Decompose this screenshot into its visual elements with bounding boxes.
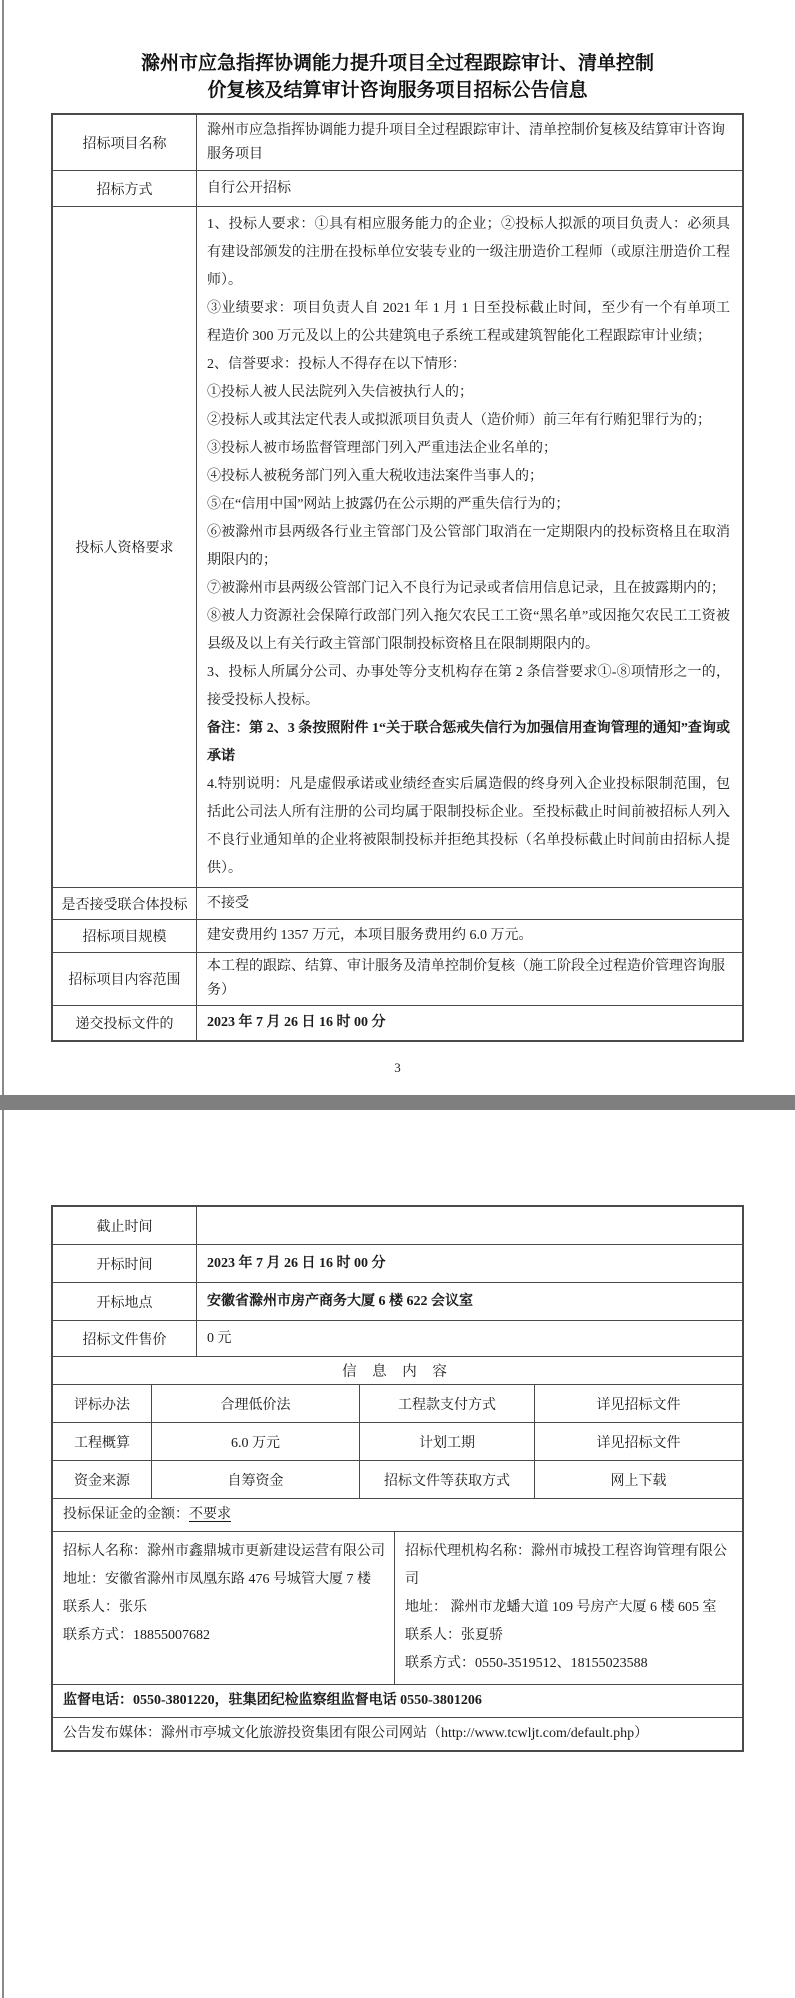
qualification-paragraph: ⑤在“信用中国”网站上披露仍在公示期的严重失信行为的； [207,491,730,519]
page-title-line1: 滁州市应急指挥协调能力提升项目全过程跟踪审计、清单控制 [0,50,795,77]
table-row-deposit: 投标保证金的金额：不要求 [53,1499,742,1532]
qualification-paragraph: ②投标人或其法定代表人或拟派项目负责人（造价师）前三年有行贿犯罪行为的； [207,407,730,435]
table-row-media: 公告发布媒体：滁州市亭城文化旅游投资集团有限公司网站（http://www.tc… [53,1718,742,1750]
table-row-evaluation: 评标办法 合理低价法 工程款支付方式 详见招标文件 [53,1385,742,1423]
table-row-open-time: 开标时间 2023 年 7 月 26 日 16 时 00 分 [53,1245,742,1283]
tenderer-name: 招标人名称：滁州市鑫鼎城市更新建设运营有限公司 [63,1538,386,1566]
scope-value: 本工程的跟踪、结算、审计服务及清单控制价复核（施工阶段全过程造价管理咨询服务） [197,953,742,1005]
page-2: 截止时间 开标时间 2023 年 7 月 26 日 16 时 00 分 开标地点… [0,1110,795,1998]
evaluation-label: 评标办法 [53,1385,152,1422]
page-title-line2: 价复核及结算审计咨询服务项目招标公告信息 [0,77,795,104]
qualification-paragraph: 3、投标人所属分公司、办事处等分支机构存在第 2 条信誉要求①-⑧项情形之一的，… [207,659,730,715]
table-row-supervision: 监督电话：0550-3801220，驻集团纪检监察组监督电话 0550-3801… [53,1685,742,1718]
deposit-label: 投标保证金的金额： [63,1503,189,1527]
supervision-phone-line: 监督电话：0550-3801220，驻集团纪检监察组监督电话 0550-3801… [53,1685,742,1717]
budget-value: 6.0 万元 [152,1423,360,1460]
table-row-doc-price: 招标文件售价 0 元 [53,1321,742,1357]
tenderer-phone: 联系方式：18855007682 [63,1622,386,1650]
deposit-value: 不要求 [189,1503,231,1527]
info-header: 信 息 内 容 [53,1357,742,1384]
schedule-value: 详见招标文件 [535,1423,742,1460]
tenderer-contact: 联系人：张乐 [63,1594,386,1622]
deadline-value [197,1207,742,1244]
table-row-funding: 资金来源 自筹资金 招标文件等获取方式 网上下载 [53,1461,742,1499]
doc-obtain-value: 网上下载 [535,1461,742,1498]
page-separator-band [0,1095,795,1110]
qualification-paragraph: ③业绩要求：项目负责人自 2021 年 1 月 1 日至投标截止时间，至少有一个… [207,295,730,351]
page-1: 滁州市应急指挥协调能力提升项目全过程跟踪审计、清单控制 价复核及结算审计咨询服务… [0,0,795,1095]
funding-value: 自筹资金 [152,1461,360,1498]
budget-label: 工程概算 [53,1423,152,1460]
open-place-label: 开标地点 [53,1283,197,1320]
qualification-paragraph: ⑥被滁州市县两级各行业主管部门及公管部门取消在一定期限内的投标资格且在取消期限内… [207,519,730,575]
agency-contact: 联系人：张夏骄 [405,1622,734,1650]
table-row-budget: 工程概算 6.0 万元 计划工期 详见招标文件 [53,1423,742,1461]
agency-address: 地址： 滁州市龙蟠大道 109 号房产大厦 6 楼 605 室 [405,1594,734,1622]
tender-info-table: 招标项目名称 滁州市应急指挥协调能力提升项目全过程跟踪审计、清单控制价复核及结算… [51,113,744,1042]
page-title: 滁州市应急指挥协调能力提升项目全过程跟踪审计、清单控制 价复核及结算审计咨询服务… [0,50,795,104]
table-row-project-name: 招标项目名称 滁州市应急指挥协调能力提升项目全过程跟踪审计、清单控制价复核及结算… [53,115,742,171]
submit-deadline-label: 递交投标文件的 [53,1006,197,1040]
table-row-consortium: 是否接受联合体投标 不接受 [53,888,742,920]
table-row-info-header: 信 息 内 容 [53,1357,742,1385]
table-row-scope: 招标项目内容范围 本工程的跟踪、结算、审计服务及清单控制价复核（施工阶段全过程造… [53,953,742,1006]
qualification-label: 投标人资格要求 [53,207,197,887]
qualification-paragraph: ⑧被人力资源社会保障行政部门列入拖欠农民工工资“黑名单”或因拖欠农民工工资被县级… [207,603,730,659]
qualification-text: 1、投标人要求：①具有相应服务能力的企业；②投标人拟派的项目负责人：必须具有建设… [197,207,742,887]
qualification-paragraph: 1、投标人要求：①具有相应服务能力的企业；②投标人拟派的项目负责人：必须具有建设… [207,211,730,295]
project-name-label: 招标项目名称 [53,115,197,170]
announcement-media-line: 公告发布媒体：滁州市亭城文化旅游投资集团有限公司网站（http://www.tc… [53,1718,742,1750]
qualification-paragraph: 4.特别说明：凡是虚假承诺或业绩经查实后属造假的终身列入企业投标限制范围，包括此… [207,771,730,883]
qualification-paragraph: ③投标人被市场监督管理部门列入严重违法企业名单的； [207,435,730,463]
qualification-paragraph: ①投标人被人民法院列入失信被执行人的； [207,379,730,407]
agency-contact-block: 招标代理机构名称：滁州市城投工程咨询管理有限公司 地址： 滁州市龙蟠大道 109… [395,1532,742,1684]
scale-label: 招标项目规模 [53,920,197,952]
method-label: 招标方式 [53,171,197,206]
table-row-contacts: 招标人名称：滁州市鑫鼎城市更新建设运营有限公司 地址：安徽省滁州市凤凰东路 47… [53,1532,742,1685]
payment-method-label: 工程款支付方式 [360,1385,535,1422]
payment-method-value: 详见招标文件 [535,1385,742,1422]
evaluation-value: 合理低价法 [152,1385,360,1422]
scale-value: 建安费用约 1357 万元，本项目服务费用约 6.0 万元。 [197,920,742,952]
tenderer-contact-block: 招标人名称：滁州市鑫鼎城市更新建设运营有限公司 地址：安徽省滁州市凤凰东路 47… [53,1532,395,1684]
qualification-note-bold: 备注：第 2、3 条按照附件 1“关于联合惩戒失信行为加强信用查询管理的通知”查… [207,715,730,771]
tenderer-address: 地址：安徽省滁州市凤凰东路 476 号城管大厦 7 楼 [63,1566,386,1594]
open-place-value: 安徽省滁州市房产商务大厦 6 楼 622 会议室 [197,1283,742,1320]
consortium-label: 是否接受联合体投标 [53,888,197,919]
page-left-rule [2,0,4,1998]
project-name-value: 滁州市应急指挥协调能力提升项目全过程跟踪审计、清单控制价复核及结算审计咨询服务项… [197,115,742,170]
qualification-paragraph: ④投标人被税务部门列入重大税收违法案件当事人的； [207,463,730,491]
tender-detail-table: 截止时间 开标时间 2023 年 7 月 26 日 16 时 00 分 开标地点… [51,1205,744,1752]
open-time-label: 开标时间 [53,1245,197,1282]
schedule-label: 计划工期 [360,1423,535,1460]
table-row-method: 招标方式 自行公开招标 [53,171,742,207]
doc-obtain-label: 招标文件等获取方式 [360,1461,535,1498]
table-row-deadline: 截止时间 [53,1207,742,1245]
submit-deadline-value: 2023 年 7 月 26 日 16 时 00 分 [197,1006,742,1040]
consortium-value: 不接受 [197,888,742,919]
doc-price-label: 招标文件售价 [53,1321,197,1356]
method-value: 自行公开招标 [197,171,742,206]
scope-label: 招标项目内容范围 [53,953,197,1005]
table-row-open-place: 开标地点 安徽省滁州市房产商务大厦 6 楼 622 会议室 [53,1283,742,1321]
table-row-qualification: 投标人资格要求 1、投标人要求：①具有相应服务能力的企业；②投标人拟派的项目负责… [53,207,742,888]
deposit-line: 投标保证金的金额：不要求 [53,1499,742,1531]
qualification-paragraph: 2、信誉要求：投标人不得存在以下情形： [207,351,730,379]
funding-label: 资金来源 [53,1461,152,1498]
table-row-scale: 招标项目规模 建安费用约 1357 万元，本项目服务费用约 6.0 万元。 [53,920,742,953]
agency-phone: 联系方式：0550-3519512、18155023588 [405,1650,734,1678]
qualification-paragraph: ⑦被滁州市县两级公管部门记入不良行为记录或者信用信息记录，且在披露期内的； [207,575,730,603]
doc-price-value: 0 元 [197,1321,742,1356]
page-number: 3 [0,1060,795,1076]
table-row-submit-deadline: 递交投标文件的 2023 年 7 月 26 日 16 时 00 分 [53,1006,742,1040]
agency-name: 招标代理机构名称：滁州市城投工程咨询管理有限公司 [405,1538,734,1594]
deadline-label: 截止时间 [53,1207,197,1244]
open-time-value: 2023 年 7 月 26 日 16 时 00 分 [197,1245,742,1282]
